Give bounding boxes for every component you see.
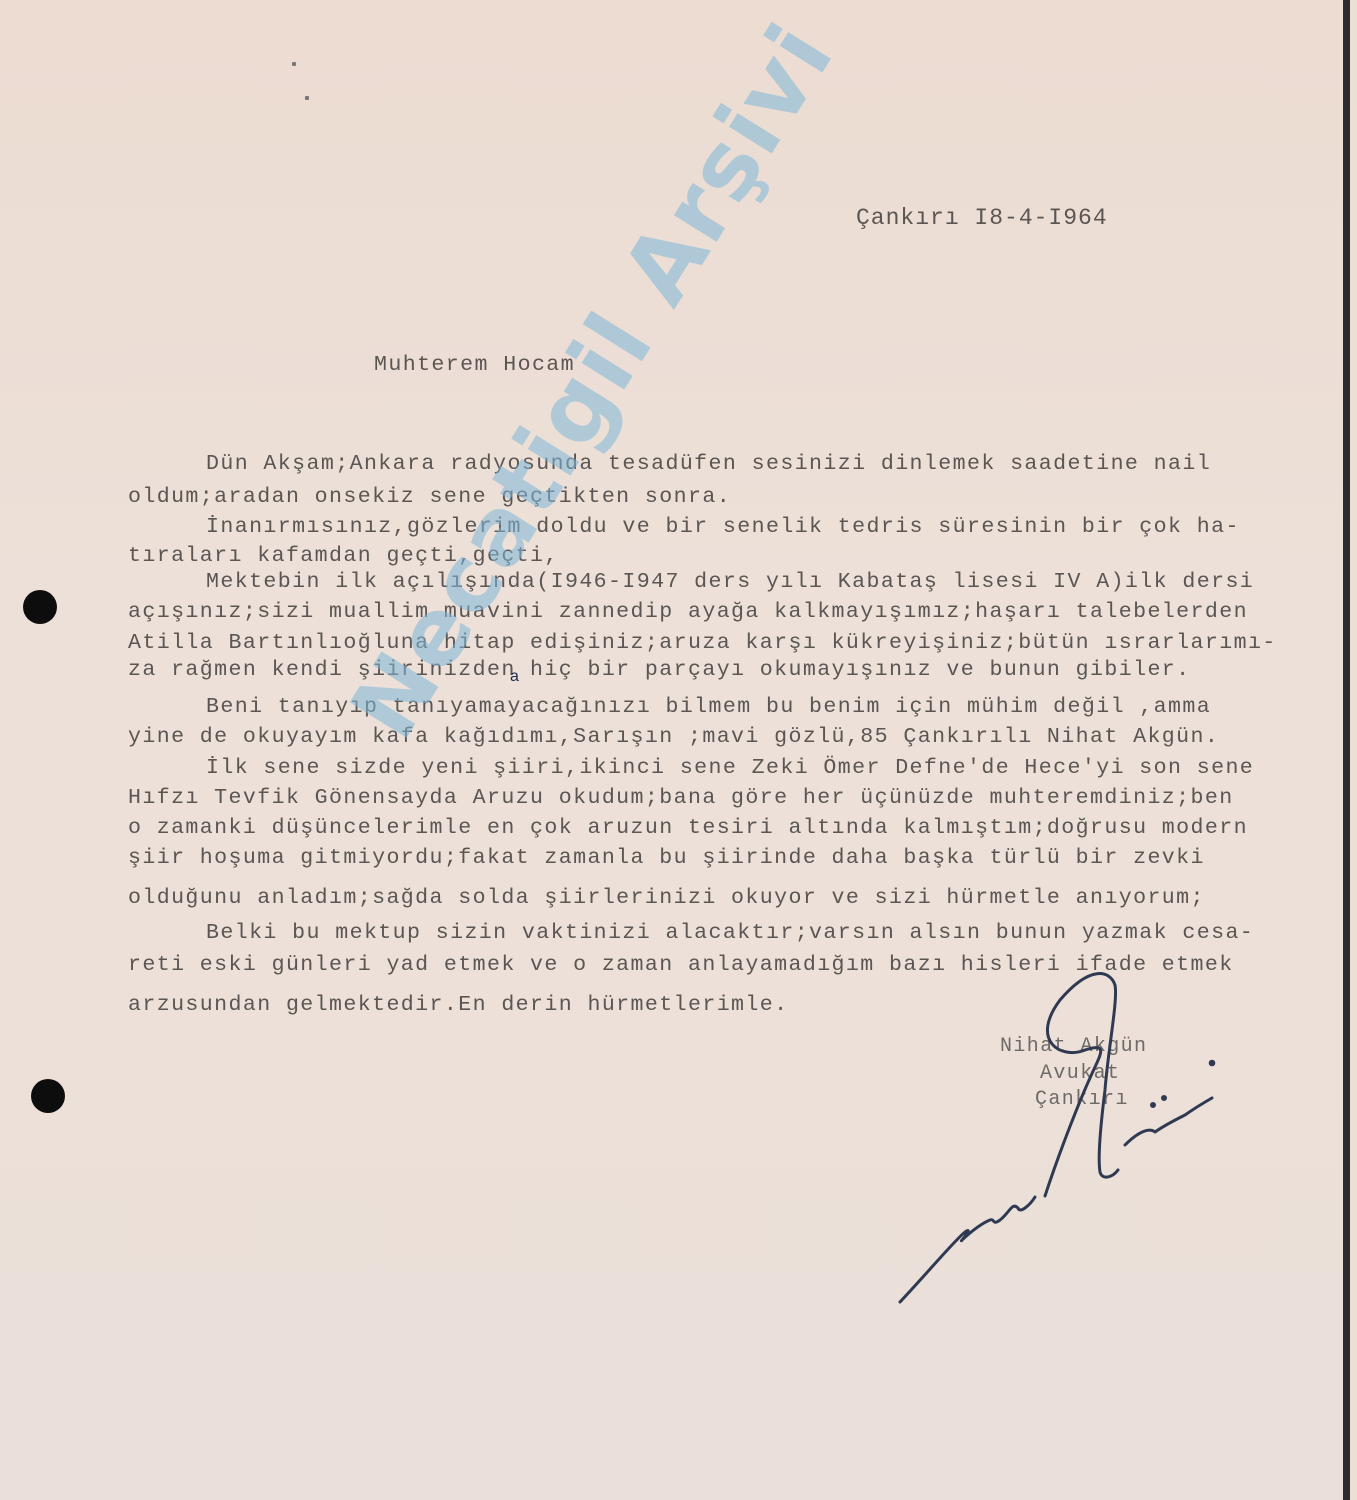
handwritten-signature: a xyxy=(0,0,1357,1500)
letter-page: Çankırı I8-4-I964 Muhterem Hocam Dün Akş… xyxy=(0,0,1350,1500)
handwritten-correction: a xyxy=(510,668,519,685)
